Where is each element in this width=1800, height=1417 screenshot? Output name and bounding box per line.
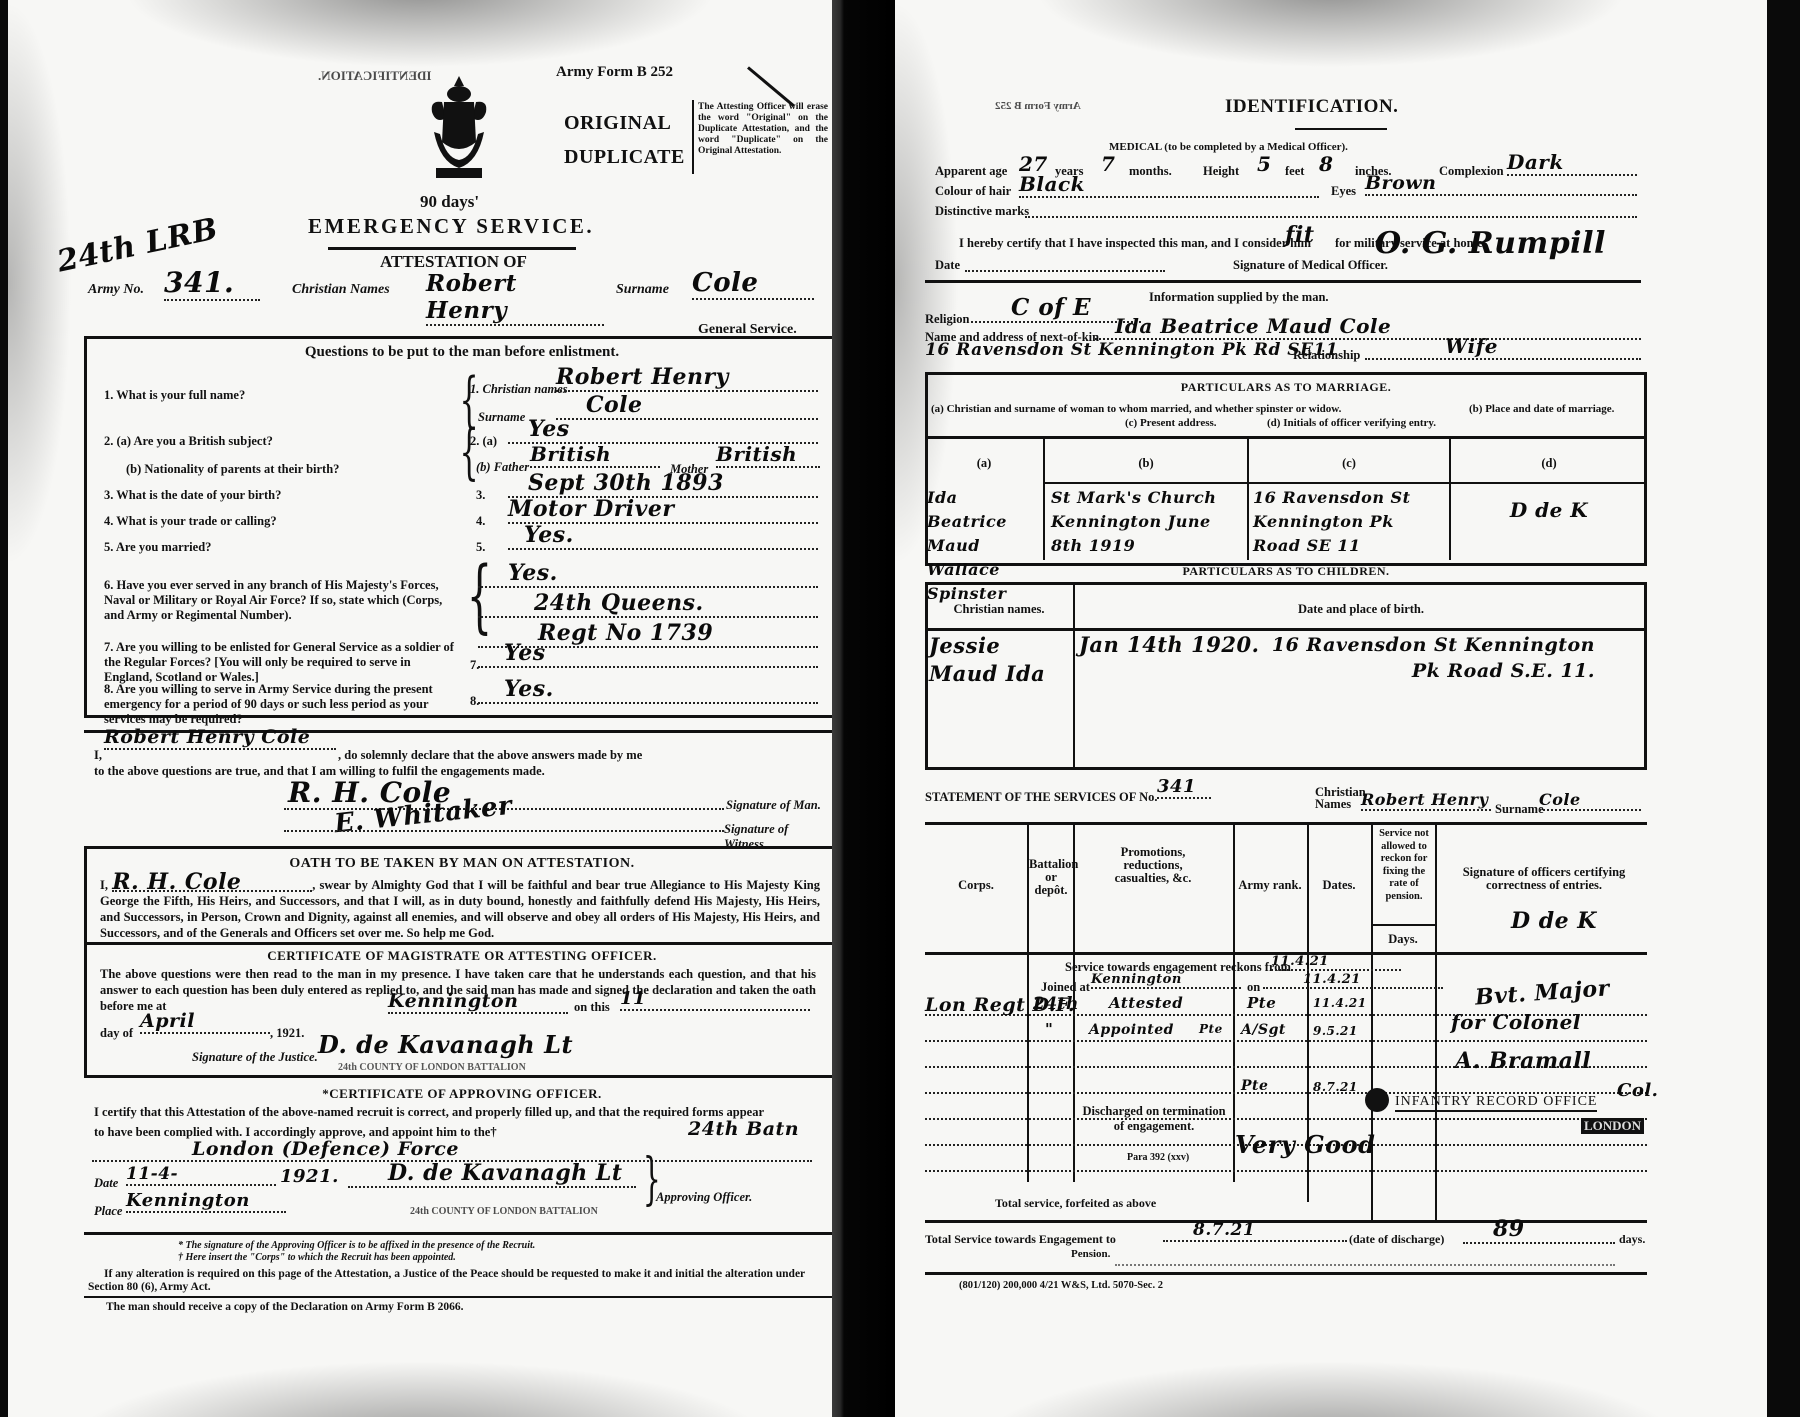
rule (1295, 128, 1387, 130)
approving-date-label: Date (94, 1176, 118, 1191)
eyes-value[interactable]: Brown (1365, 172, 1637, 196)
brace-line (692, 100, 694, 174)
declaration-prefix: I, (94, 748, 102, 763)
marks-label: Distinctive marks (935, 204, 1029, 219)
medical-heading: MEDICAL (to be completed by a Medical Of… (1109, 141, 1348, 153)
service-date[interactable]: 8.7.21 (1313, 1080, 1358, 1094)
marriage-address[interactable]: 16 Ravensdon St Kennington Pk Road SE 11 (1253, 486, 1447, 558)
services-number[interactable]: 341 (1157, 776, 1211, 799)
rule (1371, 924, 1435, 926)
man-signature-label: Signature of Man. (726, 798, 821, 813)
answer-mother-nationality[interactable]: British (716, 442, 820, 468)
col-dates: Dates. (1307, 878, 1371, 893)
rule (925, 280, 1641, 283)
row-line (925, 1040, 1647, 1042)
magistrate-on-this: on this (574, 1000, 610, 1015)
magistrate-year: , 1921. (270, 1026, 304, 1041)
answer-emergency-service[interactable]: Yes. (478, 676, 818, 704)
approving-unit-line-2[interactable]: London (Defence) Force (92, 1138, 812, 1162)
service-event[interactable]: Attested (1109, 994, 1183, 1012)
rule (84, 1296, 832, 1298)
christian-names-value: Robert Henry (426, 270, 604, 326)
forfeit-label: Total service, forfeited as above (995, 1196, 1156, 1211)
declaration-name[interactable]: Robert Henry Cole (104, 726, 336, 750)
justice-signature: D. de Kavanagh Lt (318, 1030, 573, 1059)
children-col-birth: Date and place of birth. (1075, 602, 1647, 617)
answer-label: 4. (476, 514, 485, 529)
magistrate-month[interactable]: April (140, 1010, 270, 1034)
answer-general-service[interactable]: Yes (478, 640, 818, 668)
christian-names-label: Christian Names (292, 282, 390, 298)
col-divider (1247, 436, 1249, 560)
rule (925, 628, 1647, 631)
pension-label: Pension. (1071, 1248, 1110, 1260)
days-suffix: days. (1619, 1232, 1645, 1247)
approving-unit-line-1[interactable]: 24th Batn (688, 1118, 799, 1140)
hair-value[interactable]: Black (1019, 172, 1319, 198)
magistrate-heading: CERTIFICATE OF MAGISTRATE OR ATTESTING O… (84, 948, 832, 964)
answer-served-unit[interactable]: 24th Queens. (478, 590, 818, 618)
answer-father-nationality[interactable]: British (530, 442, 660, 468)
relationship-label: Relationship (1293, 348, 1360, 363)
title-rule (328, 247, 576, 250)
original-label: ORIGINAL (564, 112, 671, 135)
date-field[interactable] (965, 270, 1165, 272)
answer-served-yes[interactable]: Yes. (478, 560, 818, 588)
service-rank[interactable]: Pte (1241, 1078, 1268, 1094)
marriage-desc-a: (a) Christian and surname of woman to wh… (931, 402, 1341, 417)
info-heading: Information supplied by the man. (1149, 290, 1329, 305)
joined-label: Joined at (1041, 980, 1090, 995)
marriage-col-a: (a) (925, 456, 1043, 471)
col-battalion: Battalion or depôt. (1029, 858, 1073, 897)
date-label: Date (935, 258, 960, 273)
joined-date[interactable]: 11.4.21 (1263, 972, 1443, 989)
child-birth-date[interactable]: Jan 14th 1920. (1079, 632, 1259, 657)
justice-signature-label: Signature of the Justice. (192, 1050, 318, 1065)
certifier-signature: for Colonel (1451, 1010, 1581, 1034)
col-divider (1233, 822, 1235, 1182)
marriage-col-c: (c) (1249, 456, 1449, 471)
approving-text: I certify that this Attestation of the a… (94, 1102, 764, 1142)
duplicate-label: DUPLICATE (564, 146, 685, 169)
eyes-label: Eyes (1331, 184, 1356, 199)
total-date[interactable]: 8.7.21 (1163, 1220, 1347, 1242)
battalion-stamp: 24th COUNTY OF LONDON BATTALION (338, 1062, 526, 1073)
question-4: 4. What is your trade or calling? (104, 514, 277, 529)
marks-field[interactable] (1025, 216, 1637, 218)
children-col-names: Christian names. (925, 602, 1073, 617)
marriage-col-b: (b) (1045, 456, 1247, 471)
col-divider (1043, 436, 1045, 560)
battalion-stamp: 24th COUNTY OF LONDON BATTALION (410, 1206, 598, 1217)
marriage-place-date[interactable]: St Mark's Church Kennington June 8th 191… (1051, 486, 1245, 558)
identification-heading: IDENTIFICATION. (1225, 96, 1398, 118)
reckons-value[interactable]: 11.4.21 (1271, 954, 1401, 971)
oath-name[interactable]: R. H. Cole (112, 874, 312, 892)
answer-christian-names[interactable]: Robert Henry (556, 364, 818, 392)
army-no-value: 341. (164, 266, 260, 301)
record-office-stamp-city: LONDON (1581, 1118, 1644, 1134)
service-event-note[interactable]: Pte (1199, 1022, 1223, 1036)
apparent-age-label: Apparent age (935, 164, 1007, 179)
marriage-desc-c: (c) Present address. (1125, 416, 1217, 431)
child-name[interactable]: Jessie Maud Ida (929, 632, 1071, 688)
service-date[interactable]: 9.5.21 (1313, 1024, 1358, 1038)
answer-married[interactable]: Yes. (508, 522, 818, 550)
print-line: (801/120) 200,000 4/21 W&S, Ltd. 5070-Se… (959, 1280, 1163, 1291)
service-date[interactable]: 11.4.21 (1313, 996, 1367, 1010)
approving-date-year: 1921. (280, 1166, 339, 1187)
declaration-text-1: , do solemnly declare that the above ans… (338, 748, 642, 763)
record-office-stamp: INFANTRY RECORD OFFICE (1395, 1094, 1597, 1112)
col-divider (1435, 822, 1437, 1222)
question-6: 6. Have you ever served in any branch of… (104, 578, 454, 623)
mirror-heading: IDENTIFICATION. (318, 68, 432, 84)
surname-value: Cole (692, 268, 814, 300)
medical-signature: O. G. Rumpill (1375, 226, 1606, 261)
marriage-initials[interactable]: D de K (1451, 498, 1647, 522)
certify-value[interactable]: fit (1285, 222, 1314, 248)
medical-signature-label: Signature of Medical Officer. (1233, 258, 1388, 273)
approving-place-label: Place (94, 1204, 122, 1219)
services-surname-value[interactable]: Cole (1539, 790, 1641, 811)
attestation-page: IDENTIFICATION. Army Form B 252 ORIGINAL… (8, 0, 832, 1417)
rule (84, 1232, 832, 1235)
approving-date-value[interactable]: 11-4- (126, 1164, 276, 1186)
discharged-label: Discharged on termination of engagement. (1079, 1104, 1229, 1134)
questions-heading: Questions to be put to the man before en… (84, 344, 832, 361)
col-certifying-signature: Signature of officers certifying correct… (1441, 866, 1647, 892)
approving-signature: D. de Kavanagh Lt (348, 1160, 636, 1188)
identification-page: Army Form B 252 IDENTIFICATION. MEDICAL … (895, 0, 1767, 1417)
service-event[interactable]: Appointed (1089, 1022, 1174, 1038)
services-surname-label: Surname (1495, 802, 1544, 817)
col-days: Days. (1371, 932, 1435, 947)
alteration-note: If any alteration is required on this pa… (88, 1268, 828, 1294)
approving-place-value[interactable]: Kennington (126, 1190, 286, 1213)
approving-officer-label: Approving Officer. (656, 1190, 752, 1205)
royal-crest-icon (426, 72, 492, 180)
army-no-label: Army No. (88, 282, 144, 298)
col-army-rank: Army rank. (1233, 878, 1307, 893)
children-heading: PARTICULARS AS TO CHILDREN. (925, 564, 1647, 579)
mirror-form-number: Army Form B 252 (995, 100, 1081, 112)
magistrate-day[interactable]: 11 (620, 988, 810, 1011)
services-christian-value[interactable]: Robert Henry (1361, 790, 1491, 811)
marriage-desc-b: (b) Place and date of marriage. (1469, 402, 1614, 417)
page-gutter (832, 0, 895, 1417)
answer-british-subject[interactable]: Yes (508, 416, 818, 444)
question-2b: (b) Nationality of parents at their birt… (126, 462, 339, 477)
days-subtitle: 90 days' (420, 192, 479, 212)
discharge-label: (date of discharge) (1349, 1232, 1444, 1247)
joined-on-label: on (1247, 980, 1260, 995)
record-office-stamp-suffix: Col. (1617, 1080, 1658, 1101)
attestation-heading: ATTESTATION OF (380, 252, 527, 272)
religion-label: Religion (925, 312, 969, 327)
discharged-sub: Para 392 (xxv) (1127, 1150, 1189, 1165)
certifier-signature-initials: A. Bramall (1455, 1048, 1591, 1074)
rule (925, 436, 1647, 439)
service-rank[interactable]: A/Sgt (1241, 1022, 1286, 1038)
oath-text: I, R. H. Cole, swear by Almighty God tha… (100, 874, 820, 941)
row-line (925, 1170, 1647, 1172)
footnote-2: † Here insert the "Corps" to which the R… (178, 1252, 456, 1264)
answer-trade[interactable]: Motor Driver (508, 496, 818, 524)
row-line (925, 1118, 1647, 1120)
certify-text: I hereby certify that I have inspected t… (959, 236, 1311, 251)
answer-label: 3. (476, 488, 485, 503)
next-of-kin-address[interactable]: 16 Ravensdon St Kennington Pk Rd SE11 (925, 340, 1338, 360)
copy-note: The man should receive a copy of the Dec… (106, 1300, 464, 1315)
form-title: EMERGENCY SERVICE. (308, 214, 594, 239)
question-7: 7. Are you willing to be enlisted for Ge… (104, 640, 454, 685)
services-heading: STATEMENT OF THE SERVICES OF No. (925, 790, 1157, 805)
original-duplicate-note: The Attesting Officer will erase the wor… (698, 102, 828, 157)
hair-label: Colour of hair (935, 184, 1011, 199)
service-rank[interactable]: Pte (1247, 994, 1276, 1012)
answer-label: 1. Christian names (470, 382, 568, 397)
certifier-signature: Bvt. Major (1474, 975, 1610, 1010)
character-value[interactable]: Very Good (1235, 1130, 1375, 1159)
service-battalion[interactable]: 24th (1033, 994, 1079, 1014)
rule (925, 1272, 1647, 1275)
child-birth-place[interactable]: 16 Ravensdon St Kennington Pk Road S.E. … (1255, 632, 1595, 684)
joined-place[interactable]: Kennington (1091, 972, 1241, 989)
approving-heading: *CERTIFICATE OF APPROVING OFFICER. (84, 1086, 832, 1102)
rule (1043, 482, 1647, 484)
col-corps: Corps. (925, 878, 1027, 893)
question-5: 5. Are you married? (104, 540, 211, 555)
relationship-value[interactable]: Wife (1365, 334, 1641, 360)
header-signature: D de K (1511, 908, 1597, 934)
magistrate-place[interactable]: Kennington (388, 990, 568, 1014)
service-battalion[interactable]: " (1045, 1020, 1053, 1038)
wax-seal-icon (1365, 1088, 1389, 1112)
col-promotions: Promotions, reductions, casualties, &c. (1083, 846, 1223, 885)
question-2a: 2. (a) Are you a British subject? (104, 434, 273, 449)
marriage-col-d: (d) (1451, 456, 1647, 471)
footnote-1: * The signature of the Approving Officer… (178, 1240, 535, 1252)
question-3: 3. What is the date of your birth? (104, 488, 281, 503)
surname-label: Surname (616, 282, 669, 298)
answer-birth-date[interactable]: Sept 30th 1893 (508, 470, 818, 498)
rule (925, 822, 1647, 825)
total-days[interactable]: 89 (1463, 1216, 1615, 1244)
marriage-heading: PARTICULARS AS TO MARRIAGE. (925, 380, 1647, 395)
height-inches[interactable]: 8 (1319, 152, 1333, 176)
answer-label: 2. (a) (470, 434, 497, 449)
question-8: 8. Are you willing to serve in Army Serv… (104, 682, 454, 727)
total-label: Total Service towards Engagement to (925, 1232, 1116, 1247)
signature-line (284, 830, 724, 832)
pension-line (1115, 1264, 1615, 1266)
marriage-desc-d: (d) Initials of officer verifying entry. (1267, 416, 1436, 431)
form-number: Army Form B 252 (556, 64, 673, 81)
magistrate-day-of: day of (100, 1026, 133, 1041)
question-1: 1. What is your full name? (104, 388, 245, 403)
col-service-not-allowed: Service not allowed to reckon for fixing… (1373, 828, 1435, 903)
